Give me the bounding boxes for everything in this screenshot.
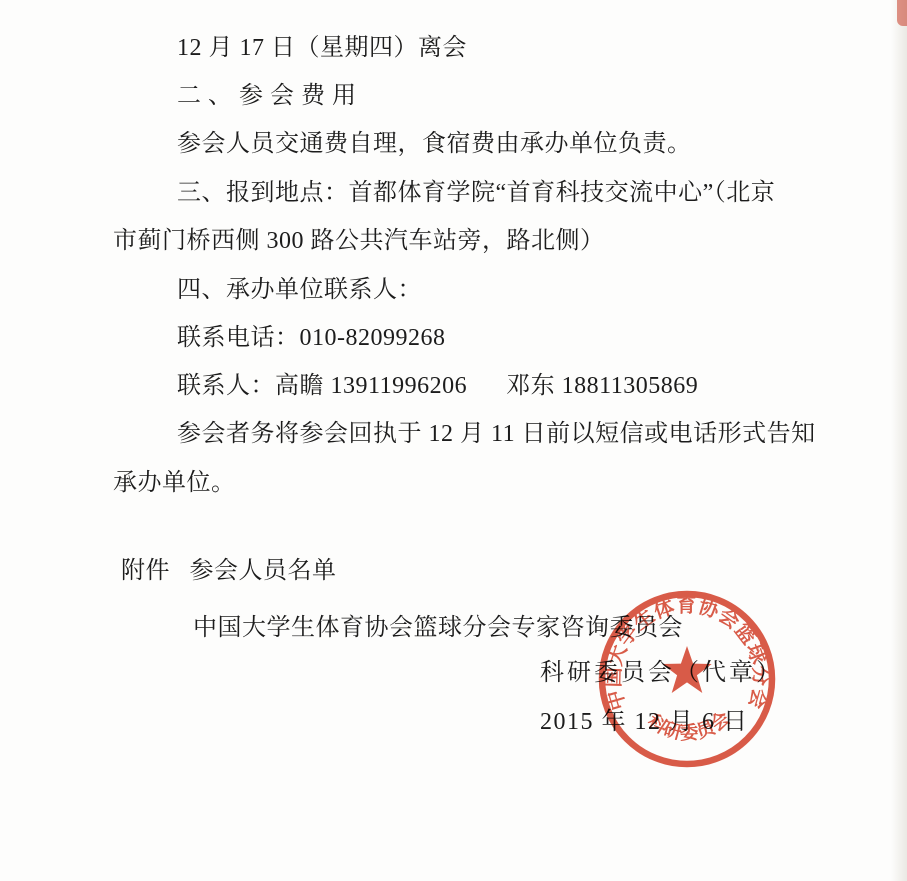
contact-phone-line: 联系电话：010-82099268	[177, 323, 446, 353]
scan-edge-artifact	[891, 0, 907, 881]
attachment-line: 附件 参会人员名单	[121, 556, 337, 586]
official-seal-stamp: 中国大学生体育协会篮球分会 科研委员会	[592, 584, 782, 774]
contact-persons-line: 联系人：高瞻 13911996206 邓东 18811305869	[177, 371, 698, 401]
section-fee-heading: 二、参会费用	[177, 81, 363, 111]
section-contact-heading: 四、承办单位联系人：	[177, 275, 422, 305]
seal-star-icon	[662, 646, 711, 693]
scanned-document-page: 12 月 17 日（星期四）离会 二、参会费用 参会人员交通费自理，食宿费由承办…	[0, 0, 907, 881]
fee-description-line: 参会人员交通费自理，食宿费由承办单位负责。	[177, 129, 692, 159]
checkin-location-line-1: 三、报到地点：首都体育学院“首育科技交流中心”（北京	[177, 178, 775, 208]
reply-notice-line-1: 参会者务将参会回执于 12 月 11 日前以短信或电话形式告知	[177, 419, 816, 449]
departure-date-line: 12 月 17 日（星期四）离会	[177, 33, 467, 63]
checkin-location-line-2: 市蓟门桥西侧 300 路公共汽车站旁，路北侧）	[113, 226, 605, 256]
seal-bottom-label: 科研委员会	[644, 707, 735, 744]
reply-notice-line-2: 承办单位。	[113, 468, 236, 498]
scan-corner-artifact	[897, 0, 907, 26]
